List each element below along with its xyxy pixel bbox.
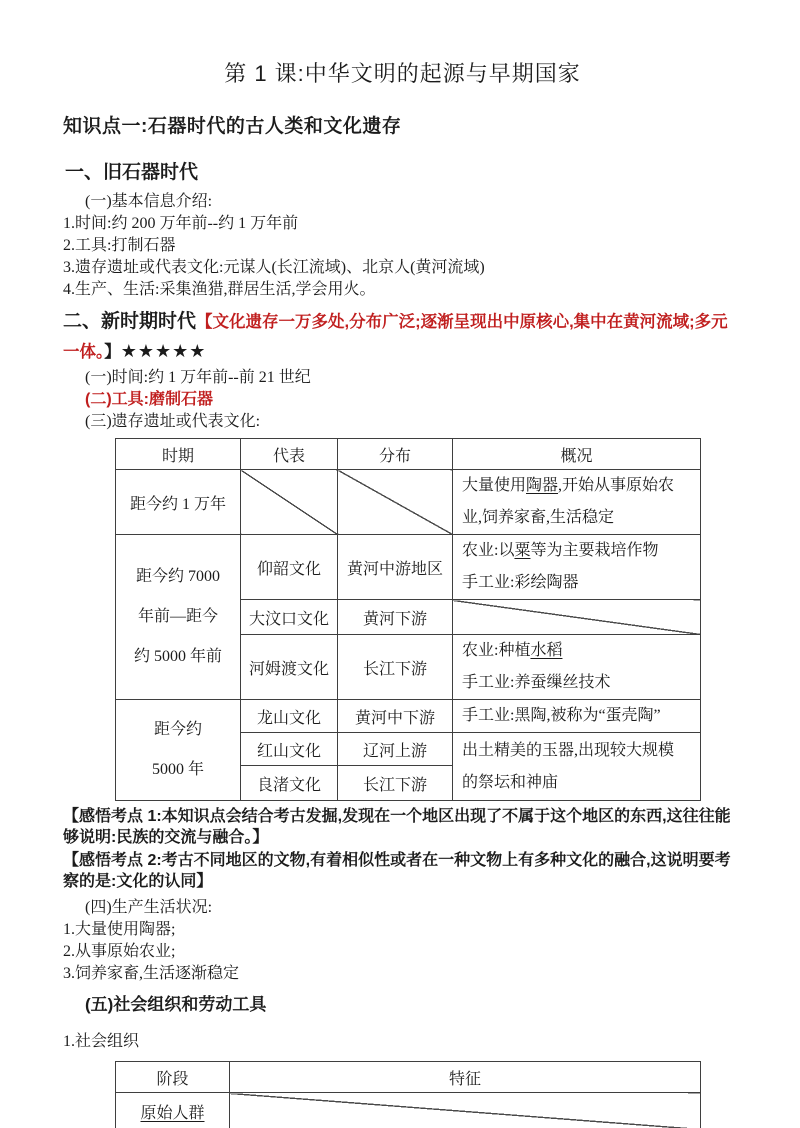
header-cell-period: 时期 <box>116 439 241 470</box>
stage-name-cell: 原始人群 <box>116 1093 230 1128</box>
paleolithic-item-2: 2.工具:打制石器 <box>63 235 742 257</box>
stage-table-header-row: 阶段 特征 <box>116 1062 701 1093</box>
stage-table-row-primitive-groups: 原始人群 <box>116 1093 701 1128</box>
insight-point-2: 【感悟考点 2:考古不同地区的文物,有着相似性或者在一种文物上有多种文化的融合,… <box>63 850 742 892</box>
importance-stars: ★★★★★ <box>121 341 207 362</box>
social-organization-subheading: 1.社会组织 <box>63 1031 742 1053</box>
paleolithic-heading: 一、旧石器时代 <box>65 160 742 186</box>
diagonal-empty-cell <box>230 1093 701 1128</box>
culture-name-cell: 红山文化 <box>241 733 338 766</box>
diagonal-empty-cell <box>338 470 453 535</box>
distribution-cell: 黄河中游地区 <box>338 535 453 600</box>
overview-cell: 农业:种植水稻手工业:养蚕缫丝技术 <box>453 635 701 700</box>
insight-point-1: 【感悟考点 1:本知识点会结合考古发掘,发现在一个地区出现了不属于这个地区的东西… <box>63 806 742 848</box>
culture-name-cell: 大汶口文化 <box>241 600 338 635</box>
period-cell: 距今约 1 万年 <box>116 470 241 535</box>
section5-heading: (五)社会组织和劳动工具 <box>63 993 742 1017</box>
neolithic-highlight-close-bracket: 】 <box>104 343 121 361</box>
section4-item-3: 3.饲养家畜,生活逐渐稳定 <box>63 963 742 985</box>
period-cell-5000: 距今约5000 年 <box>116 700 241 801</box>
culture-name-cell: 良渚文化 <box>241 766 338 801</box>
overview-cell: 农业:以粟等为主要栽培作物手工业:彩绘陶器 <box>453 535 701 600</box>
distribution-cell: 长江下游 <box>338 766 453 801</box>
culture-name-cell: 河姆渡文化 <box>241 635 338 700</box>
distribution-cell: 长江下游 <box>338 635 453 700</box>
header-cell-representative: 代表 <box>241 439 338 470</box>
neolithic-item-2-tools: (二)工具:磨制石器 <box>63 389 742 411</box>
overview-cell-merged: 出土精美的玉器,出现较大规模的祭坛和神庙 <box>453 733 701 801</box>
distribution-cell: 辽河上游 <box>338 733 453 766</box>
paleolithic-subheading: (一)基本信息介绍: <box>63 191 742 213</box>
neolithic-heading-paragraph: 二、新时期时代【文化遗存一万多处,分布广泛;逐渐呈现出中原核心,集中在黄河流域;… <box>63 307 742 367</box>
header-cell-features: 特征 <box>230 1062 701 1093</box>
period-cell-7000-5000: 距今约 7000年前—距今约 5000 年前 <box>116 535 241 700</box>
culture-name-cell: 仰韶文化 <box>241 535 338 600</box>
neolithic-heading: 二、新时期时代 <box>63 311 196 332</box>
header-cell-distribution: 分布 <box>338 439 453 470</box>
distribution-cell: 黄河下游 <box>338 600 453 635</box>
paleolithic-item-1: 1.时间:约 200 万年前--约 1 万年前 <box>63 213 742 235</box>
table-row-10000-years: 距今约 1 万年 大量使用陶器,开始从事原始农业,饲养家畜,生活稳定 <box>116 470 701 535</box>
diagonal-empty-cell <box>241 470 338 535</box>
lesson-title: 第 1 课:中华文明的起源与早期国家 <box>63 58 742 90</box>
neolithic-item-1: (一)时间:约 1 万年前--前 21 世纪 <box>63 367 742 389</box>
paleolithic-item-3: 3.遗存遗址或代表文化:元谋人(长江流域)、北京人(黄河流域) <box>63 257 742 279</box>
culture-table-header-row: 时期 代表 分布 概况 <box>116 439 701 470</box>
table-row-yangshao: 距今约 7000年前—距今约 5000 年前 仰韶文化 黄河中游地区 农业:以粟… <box>116 535 701 600</box>
overview-cell: 手工业:黑陶,被称为“蛋壳陶” <box>453 700 701 733</box>
section4-heading: (四)生产生活状况: <box>63 897 742 919</box>
document-page: 第 1 课:中华文明的起源与早期国家 知识点一:石器时代的古人类和文化遗存 一、… <box>0 0 800 1128</box>
culture-table: 时期 代表 分布 概况 距今约 1 万年 大量使用陶器,开始从事原始农业,饲养家… <box>115 438 701 801</box>
header-cell-stage: 阶段 <box>116 1062 230 1093</box>
header-cell-overview: 概况 <box>453 439 701 470</box>
section4-item-1: 1.大量使用陶器; <box>63 919 742 941</box>
section4-item-2: 2.从事原始农业; <box>63 941 742 963</box>
diagonal-empty-cell <box>453 600 701 635</box>
overview-cell: 大量使用陶器,开始从事原始农业,饲养家畜,生活稳定 <box>453 470 701 535</box>
paleolithic-item-4: 4.生产、生活:采集渔猎,群居生活,学会用火。 <box>63 279 742 301</box>
culture-name-cell: 龙山文化 <box>241 700 338 733</box>
knowledge-point-heading: 知识点一:石器时代的古人类和文化遗存 <box>63 114 742 140</box>
stage-table: 阶段 特征 原始人群 <box>115 1061 701 1128</box>
neolithic-item-3: (三)遗存遗址或代表文化: <box>63 411 742 433</box>
distribution-cell: 黄河中下游 <box>338 700 453 733</box>
table-row-longshan: 距今约5000 年 龙山文化 黄河中下游 手工业:黑陶,被称为“蛋壳陶” <box>116 700 701 733</box>
